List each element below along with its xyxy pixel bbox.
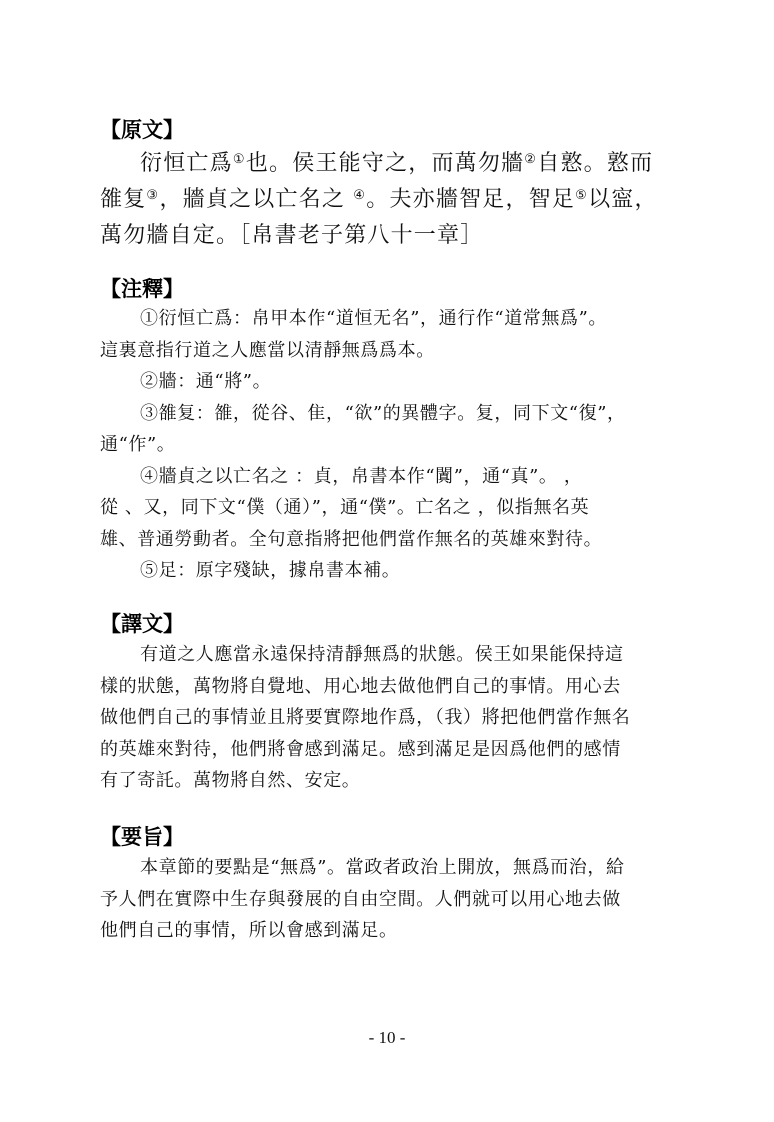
note-line-5: 通“作”。 — [100, 429, 676, 461]
original-line-2: 雒复③，牆貞之以亡名之 ④。夫亦牆智足，智足⑤以寍， — [100, 182, 676, 218]
note-line-3: ②牆：通“將”。 — [100, 366, 676, 398]
document-page: 【原文】 衍恒亡爲①也。侯王能守之，而萬勿牆②自憝。憝而 雒复③，牆貞之以亡名之… — [0, 0, 774, 1122]
note-line-2: 這裏意指行道之人應當以清靜無爲爲本。 — [100, 335, 676, 367]
summary-line-1: 本章節的要點是“無爲”。當政者政治上開放，無爲而治，給 — [100, 852, 676, 884]
note-line-6: ④牆貞之以亡名之 ：貞，帛書本作“闐”，通“真”。 ， — [100, 461, 676, 493]
note-line-8: 雄、普通勞動者。全句意指將把他們當作無名的英雄來對待。 — [100, 524, 676, 556]
summary-paragraph: 本章節的要點是“無爲”。當政者政治上開放，無爲而治，給 予人們在實際中生存與發展… — [100, 852, 676, 947]
page-number: - 10 - — [0, 1028, 774, 1048]
note-line-4: ③雒复：雒，從谷、隹，“欲”的異體字。复，同下文“復”， — [100, 398, 676, 430]
heading-original-text: 【原文】 — [100, 116, 184, 144]
heading-annotations: 【注釋】 — [100, 275, 184, 303]
summary-line-3: 他們自己的事情，所以會感到滿足。 — [100, 915, 676, 947]
heading-translation: 【譯文】 — [100, 610, 184, 638]
note-line-9: ⑤足：原字殘缺，據帛書本補。 — [100, 555, 676, 587]
note-line-7: 從 、又，同下文“僕（通）”，通“僕”。亡名之 ，似指無名英 — [100, 492, 676, 524]
translation-line-2: 樣的狀態，萬物將自覺地、用心地去做他們自己的事情。用心去 — [100, 671, 676, 703]
translation-line-5: 有了寄託。萬物將自然、安定。 — [100, 765, 676, 797]
note-line-1: ①衍恒亡爲：帛甲本作“道恒无名”，通行作“道常無爲”。 — [100, 303, 676, 335]
footnote-ref-5: ⑤ — [575, 188, 588, 203]
footnote-ref-2: ② — [524, 152, 537, 167]
original-line-3: 萬勿牆自定。［帛書老子第八十一章］ — [100, 218, 676, 254]
footnote-ref-4: ④ — [353, 188, 366, 203]
original-text-paragraph: 衍恒亡爲①也。侯王能守之，而萬勿牆②自憝。憝而 雒复③，牆貞之以亡名之 ④。夫亦… — [100, 146, 676, 254]
footnote-ref-3: ③ — [146, 188, 159, 203]
summary-line-2: 予人們在實際中生存與發展的自由空間。人們就可以用心地去做 — [100, 884, 676, 916]
footnote-ref-1: ① — [233, 152, 246, 167]
translation-paragraph: 有道之人應當永遠保持清靜無爲的狀態。侯王如果能保持這 樣的狀態，萬物將自覺地、用… — [100, 639, 676, 797]
translation-line-1: 有道之人應當永遠保持清靜無爲的狀態。侯王如果能保持這 — [100, 639, 676, 671]
translation-line-4: 的英雄來對待，他們將會感到滿足。感到滿足是因爲他們的感情 — [100, 734, 676, 766]
annotations-paragraph: ①衍恒亡爲：帛甲本作“道恒无名”，通行作“道常無爲”。 這裏意指行道之人應當以清… — [100, 303, 676, 587]
translation-line-3: 做他們自己的事情並且將要實際地作爲，（我）將把他們當作無名 — [100, 702, 676, 734]
original-line-1: 衍恒亡爲①也。侯王能守之，而萬勿牆②自憝。憝而 — [100, 146, 676, 182]
heading-summary: 【要旨】 — [100, 823, 184, 851]
